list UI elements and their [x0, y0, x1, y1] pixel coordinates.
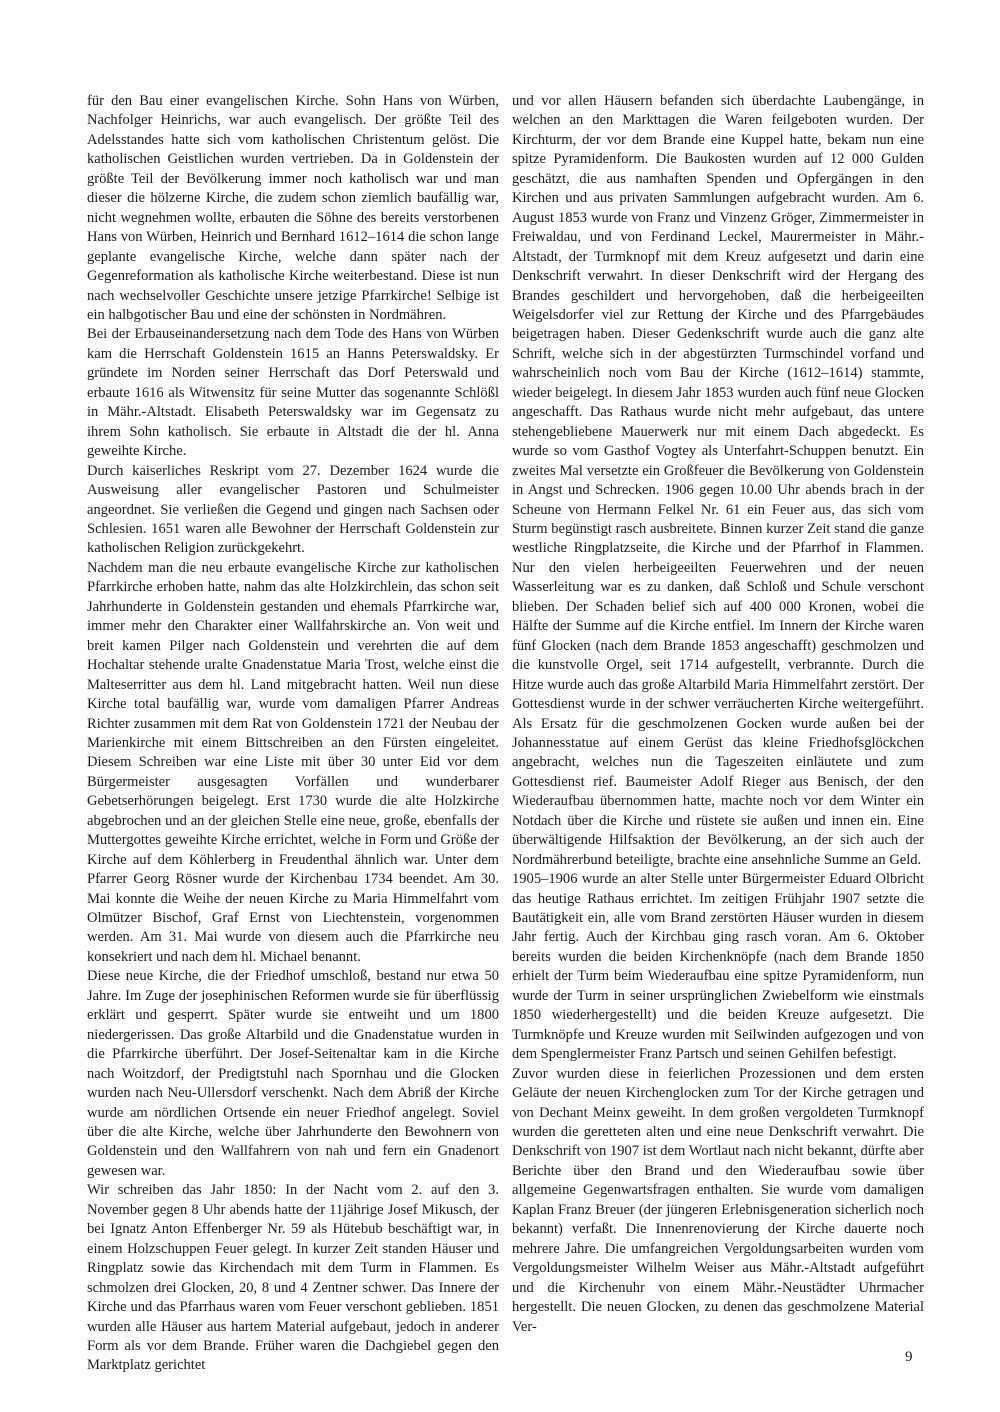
paragraph: Nachdem man die neu erbaute evangelische…: [87, 559, 499, 968]
left-column: für den Bau einer evangelischen Kirche. …: [87, 92, 499, 1376]
right-column: und vor allen Häusern befanden sich über…: [512, 92, 924, 1337]
paragraph: Zuvor wurden diese in feierlichen Prozes…: [512, 1065, 924, 1337]
document-page: für den Bau einer evangelischen Kirche. …: [0, 0, 1000, 1412]
paragraph: Diese neue Kirche, die der Friedhof umsc…: [87, 967, 499, 1181]
paragraph: für den Bau einer evangelischen Kirche. …: [87, 92, 499, 325]
paragraph: Bei der Erbauseinandersetzung nach dem T…: [87, 325, 499, 461]
page-number: 9: [905, 1349, 913, 1366]
paragraph: und vor allen Häusern befanden sich über…: [512, 92, 924, 870]
paragraph: Wir schreiben das Jahr 1850: In der Nach…: [87, 1181, 499, 1376]
paragraph: 1905–1906 wurde an alter Stelle unter Bü…: [512, 870, 924, 1065]
paragraph: Durch kaiserliches Reskript vom 27. Deze…: [87, 462, 499, 559]
